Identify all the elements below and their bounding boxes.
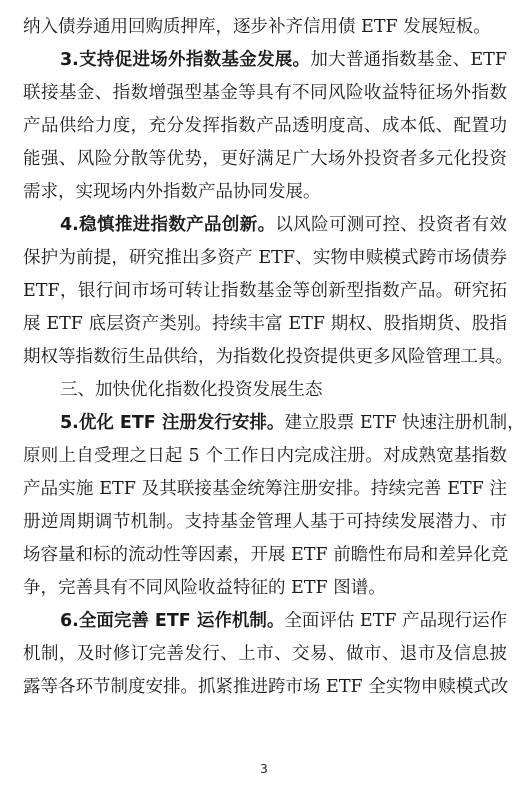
paragraph-line: 保护为前提，研究推出多资产 ETF、实物申赎模式跨市场债券 xyxy=(23,242,507,275)
paragraph-line: 展 ETF 底层资产类别。持续丰富 ETF 期权、股指期货、股指 xyxy=(23,308,507,341)
paragraph-line: 册逆周期调节机制。支持基金管理人基于可持续发展潜力、市 xyxy=(23,506,507,539)
item-3-title: 3.支持促进场外指数基金发展。 xyxy=(60,50,310,70)
paragraph-line: 产品供给力度，充分发挥指数产品透明度高、成本低、配置功 xyxy=(23,110,507,143)
section-heading: 三、加快优化指数化投资发展生态 xyxy=(60,374,507,407)
paragraph-line: 露等各环节制度安排。抓紧推进跨市场 ETF 全实物申赎模式改 xyxy=(23,671,507,704)
paragraph-line: ETF，银行间市场可转让指数基金等创新型指数产品。研究拓 xyxy=(23,275,507,308)
item-4-title: 4.稳慎推进指数产品创新。 xyxy=(60,215,275,235)
section-3-title: 三、加快优化指数化投资发展生态 xyxy=(60,380,323,400)
page-number: 3 xyxy=(0,762,528,776)
item-6-title: 6.全面完善 ETF 运作机制。 xyxy=(60,611,284,631)
paragraph-line: 纳入债券通用回购质押库，逐步补齐信用债 ETF 发展短板。 xyxy=(23,11,507,44)
paragraph-line: 机制，及时修订完善发行、上市、交易、做市、退市及信息披 xyxy=(23,638,507,671)
paragraph-line: 能强、风险分散等优势，更好满足广大场外投资者多元化投资 xyxy=(23,143,507,176)
item-4-heading-line: 4.稳慎推进指数产品创新。以风险可测可控、投资者有效 xyxy=(60,209,507,242)
paragraph-line: 期权等指数衍生品供给，为指数化投资提供更多风险管理工具。 xyxy=(23,341,507,374)
item-3-heading-line: 3.支持促进场外指数基金发展。加大普通指数基金、ETF xyxy=(60,44,507,77)
paragraph-line: 场容量和标的流动性等因素，开展 ETF 前瞻性布局和差异化竞 xyxy=(23,539,507,572)
paragraph-line: 需求，实现场内外指数产品协同发展。 xyxy=(23,176,507,209)
paragraph-line: 原则上自受理之日起 5 个工作日内完成注册。对成熟宽基指数 xyxy=(23,440,507,473)
item-5-heading-line: 5.优化 ETF 注册发行安排。建立股票 ETF 快速注册机制， xyxy=(60,407,507,440)
item-6-heading-line: 6.全面完善 ETF 运作机制。全面评估 ETF 产品现行运作 xyxy=(60,605,507,638)
paragraph-line: 产品实施 ETF 及其联接基金统筹注册安排。持续完善 ETF 注 xyxy=(23,473,507,506)
paragraph-line: 争，完善具有不同风险收益特征的 ETF 图谱。 xyxy=(23,572,507,605)
document-page: 纳入债券通用回购质押库，逐步补齐信用债 ETF 发展短板。 3.支持促进场外指数… xyxy=(0,0,528,788)
paragraph-line: 联接基金、指数增强型基金等具有不同风险收益特征场外指数 xyxy=(23,77,507,110)
item-5-title: 5.优化 ETF 注册发行安排。 xyxy=(60,413,284,433)
